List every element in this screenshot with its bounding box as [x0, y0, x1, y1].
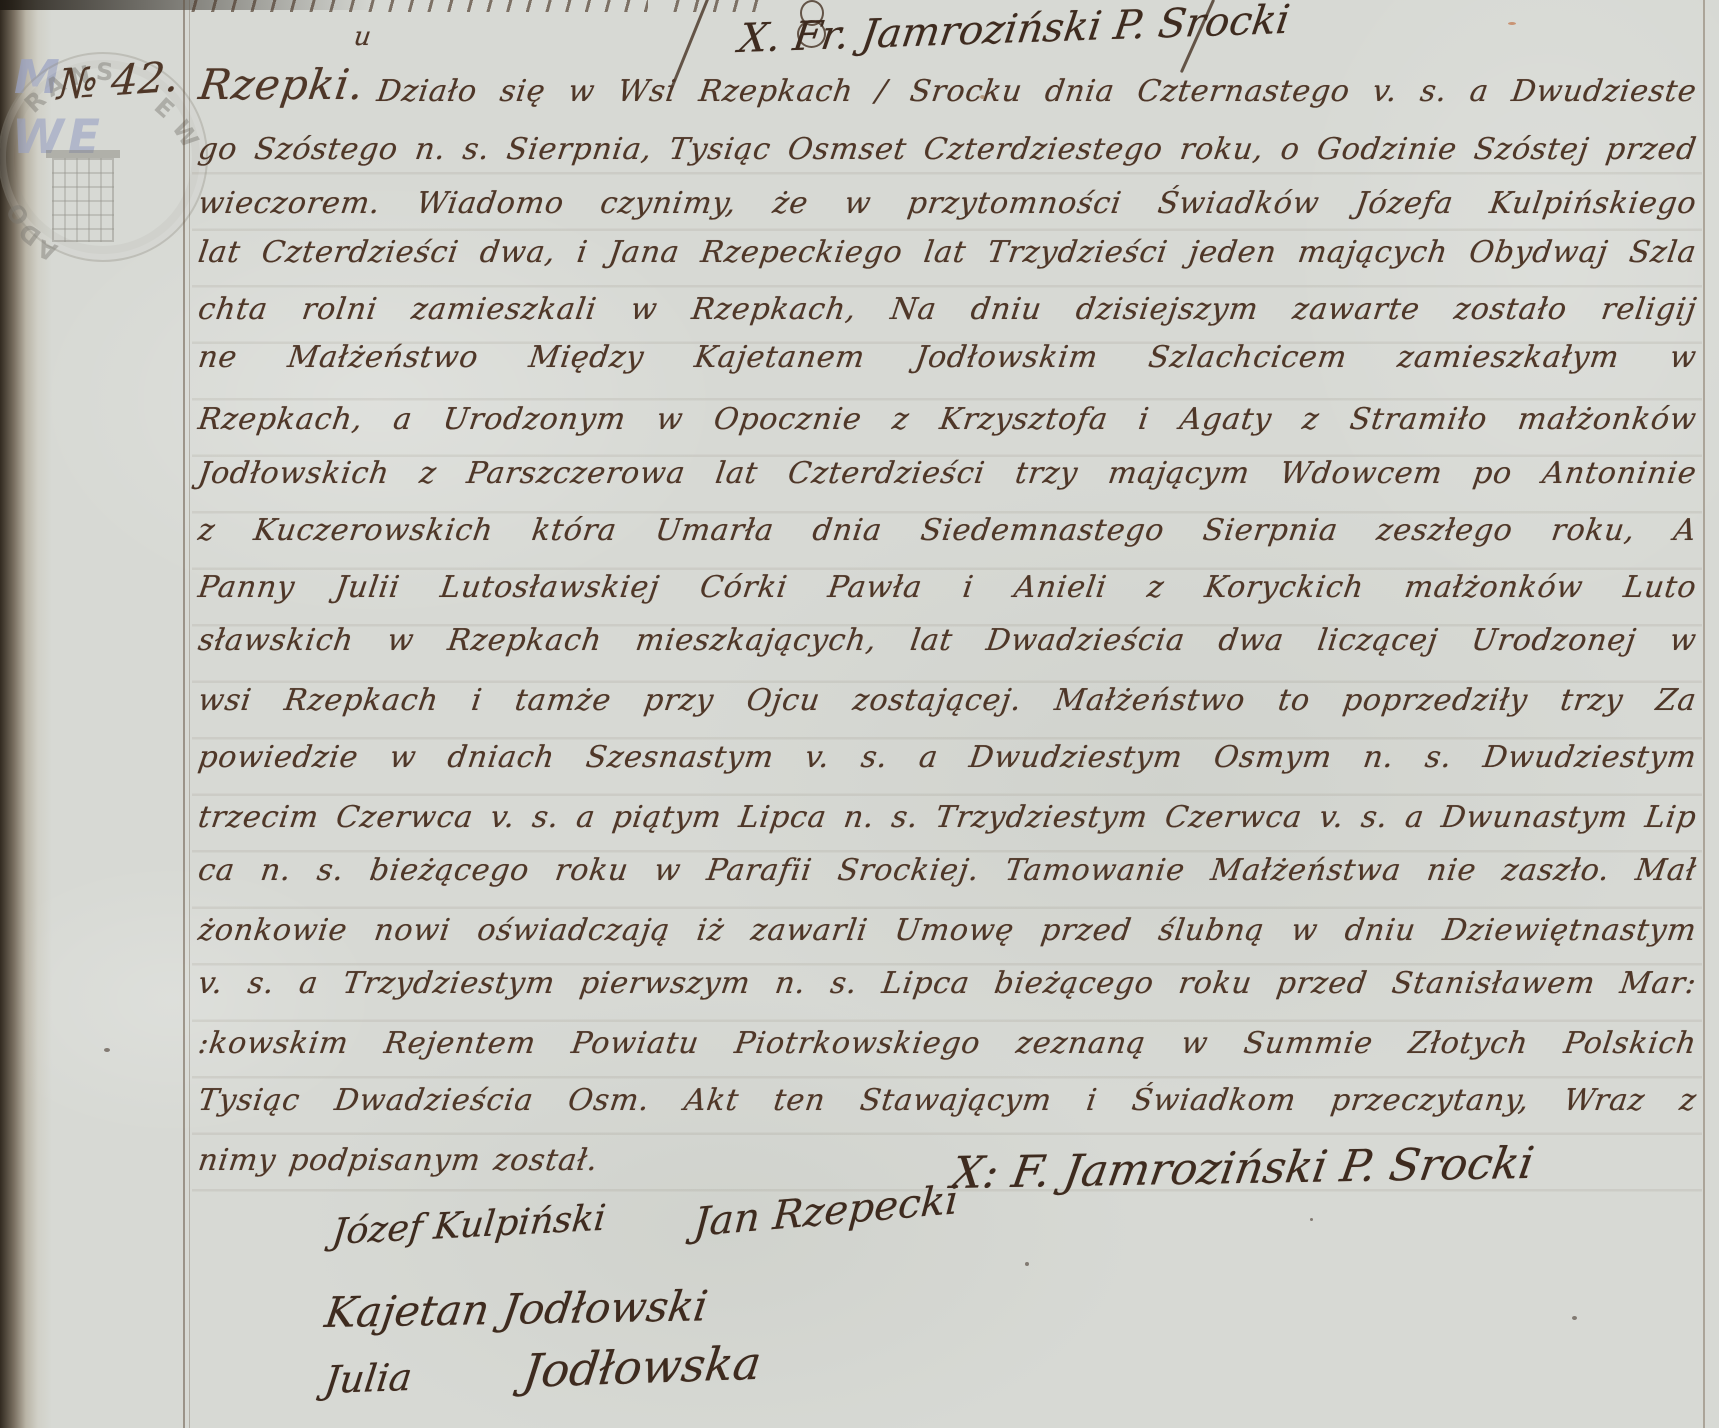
- cut-off-line-strokes: [178, 0, 648, 12]
- bride-signature-surname: Jodłowska: [520, 1336, 764, 1398]
- body-line: wieczorem. Wiadomo czynimy, że w przytom…: [196, 186, 1699, 221]
- body-line: go Szóstego n. s. Sierpnia, Tysiąc Osmse…: [196, 132, 1699, 167]
- body-line: ne Małżeństwo Między Kajetanem Jodłowski…: [196, 340, 1699, 375]
- scanned-marriage-record-page: M WE R A N S E W O D A u X. Fr. Jamroziń…: [0, 0, 1719, 1428]
- groom-signature: Kajetan Jodłowski: [322, 1281, 711, 1337]
- seal-building-icon: [52, 158, 114, 242]
- bride-signature-first-name: Julia: [322, 1355, 415, 1402]
- body-line: powiedzie w dniach Szesnastym v. s. a Dw…: [196, 740, 1699, 775]
- body-line: Panny Julii Lutosławskiej Córki Pawła i …: [196, 570, 1699, 605]
- body-line: sławskich w Rzepkach mieszkających, lat …: [196, 623, 1699, 658]
- seal-building-roof: [46, 150, 120, 158]
- body-line: z Kuczerowskich która Umarła dnia Siedem…: [196, 513, 1699, 548]
- ink-speck: [980, 95, 985, 99]
- red-speck: [1508, 22, 1516, 25]
- witness-signature: Jan Rzepecki: [692, 1177, 960, 1246]
- body-line: lat Czterdzieści dwa, i Jana Rzepeckiego…: [196, 235, 1699, 270]
- body-line: ca n. s. bieżącego roku w Parafii Srocki…: [196, 853, 1699, 888]
- ink-speck: [1025, 1262, 1029, 1266]
- body-line: trzecim Czerwca v. s. a piątym Lipca n. …: [196, 800, 1699, 835]
- ink-speck: [1572, 1316, 1577, 1320]
- record-heading-rzepki: Rzepki.: [196, 64, 367, 106]
- body-line: żonkowie nowi oświadczają iż zawarli Umo…: [196, 913, 1699, 948]
- ink-speck: [104, 1048, 110, 1052]
- body-line-text: Działo się w Wsi Rzepkach / Srocku dnia …: [375, 64, 1701, 109]
- stray-mark: u: [352, 22, 373, 52]
- right-margin-rule: [1703, 0, 1705, 1428]
- body-line: Rzepkach, a Urodzonym w Opocznie z Krzys…: [196, 402, 1699, 437]
- body-line: Jodłowskich z Parszczerowa lat Czterdzie…: [196, 456, 1699, 491]
- left-margin-rule: [183, 0, 185, 1428]
- priest-signature-closing: X: F. Jamroziński P. Srocki: [948, 1138, 1537, 1199]
- witness-signature: Józef Kulpiński: [330, 1198, 608, 1253]
- body-line: Tysiąc Dwadzieścia Osm. Akt ten Stawając…: [196, 1083, 1699, 1118]
- body-line: v. s. a Trzydziestym pierwszym n. s. Lip…: [196, 966, 1699, 1001]
- ink-speck: [1310, 1218, 1313, 1221]
- body-line: :kowskim Rejentem Powiatu Piotrkowskiego…: [196, 1026, 1699, 1061]
- cut-off-line-strokes: [660, 0, 770, 12]
- body-line: Rzepki. Działo się w Wsi Rzepkach / Sroc…: [196, 64, 1700, 109]
- body-line: wsi Rzepkach i tamże przy Ojcu zostające…: [196, 683, 1699, 718]
- left-margin-rule-double: [189, 0, 190, 1428]
- record-number: № 42.: [56, 52, 180, 109]
- body-line: chta rolni zamieszkali w Rzepkach, Na dn…: [196, 292, 1699, 327]
